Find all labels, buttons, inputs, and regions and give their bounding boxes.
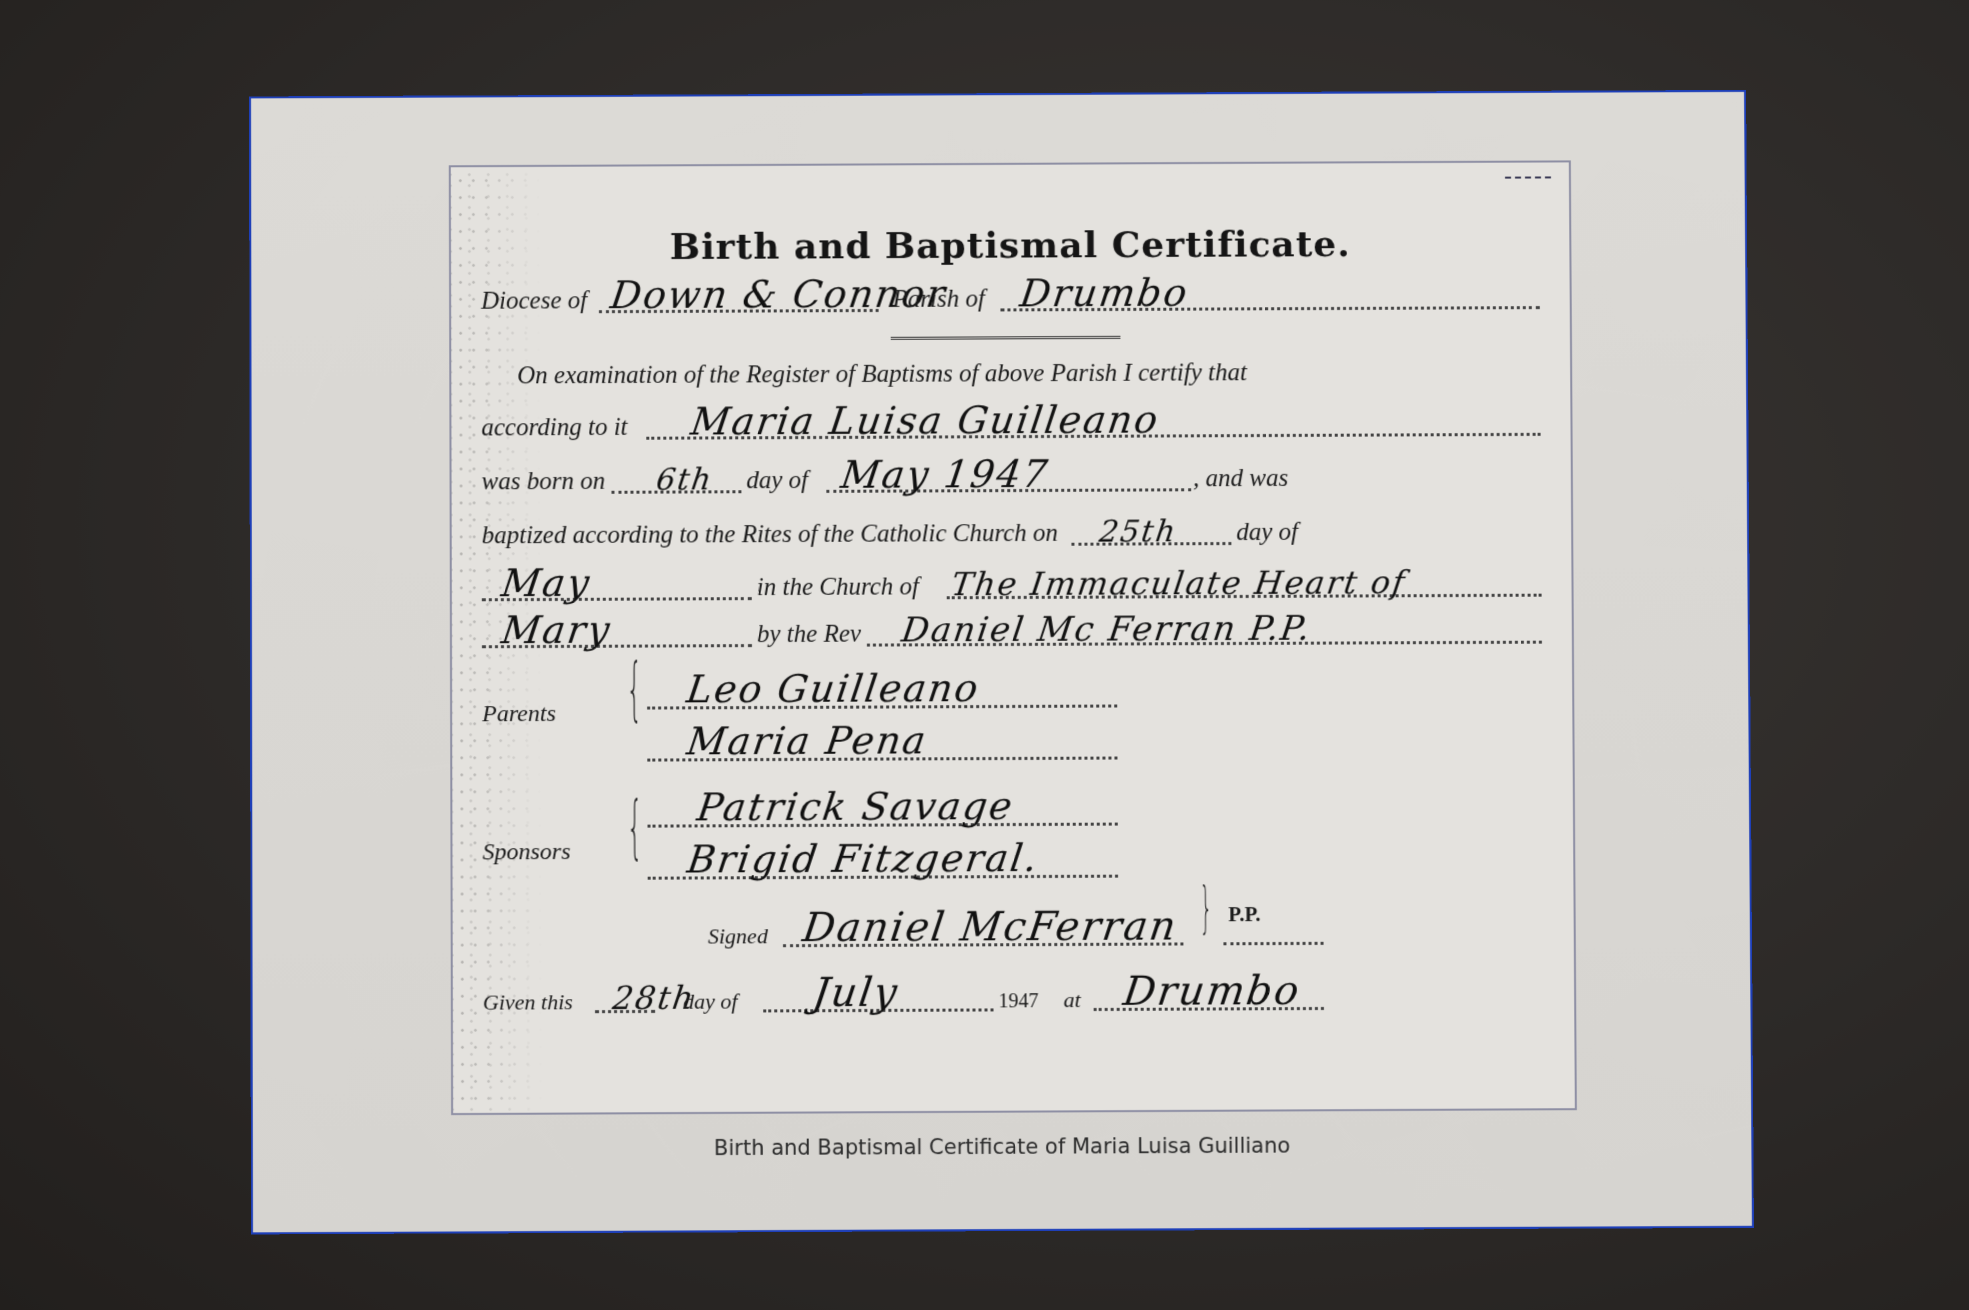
parent-2: Maria Pena: [684, 718, 930, 763]
church-row: May in the Church of The Immaculate Hear…: [482, 555, 1542, 610]
sponsors-block: Sponsors { Patrick Savage Brigid Fitzger…: [482, 772, 1543, 887]
divider-rule: [891, 336, 1121, 340]
parents-brace: {: [626, 648, 642, 730]
baptized-day: 25th: [1097, 514, 1179, 549]
corner-mark: [1505, 176, 1551, 180]
born-month-year: May 1947: [838, 452, 1052, 497]
sponsors-label: Sponsors: [482, 839, 570, 866]
born-day-of-label: day of: [746, 467, 808, 495]
certificate-title: Birth and Baptismal Certificate.: [451, 222, 1570, 269]
according-label: according to it: [481, 414, 627, 443]
church-name-1: The Immaculate Heart of: [949, 563, 1409, 603]
certificate: Birth and Baptismal Certificate. Diocese…: [449, 160, 1577, 1115]
parish-value: Drumbo: [1017, 271, 1191, 316]
given-year: 1947: [998, 990, 1038, 1013]
and-was-label: , and was: [1193, 465, 1288, 493]
child-name-row: according to it Maria Luisa Guilleano: [481, 394, 1540, 449]
child-name: Maria Luisa Guilleano: [688, 398, 1162, 444]
sponsors-brace: {: [627, 786, 643, 868]
signed-brace: }: [1200, 875, 1213, 940]
pp-label: P.P.: [1228, 902, 1260, 927]
baptized-label: baptized according to the Rites of the C…: [482, 520, 1058, 550]
signed-label: Signed: [708, 923, 768, 949]
given-day-of-label: day of: [683, 989, 738, 1015]
at-label: at: [1063, 987, 1080, 1013]
parents-block: Parents { Leo Guilleano Maria Pena: [482, 654, 1543, 769]
church-label: in the Church of: [757, 573, 919, 602]
birth-date-row: was born on 6th day of May 1947 , and wa…: [481, 448, 1541, 503]
church-name-2: Mary: [499, 608, 614, 652]
intro-row: On examination of the Register of Baptis…: [481, 342, 1540, 397]
certificate-caption: Birth and Baptismal Certificate of Maria…: [253, 1131, 1752, 1162]
sponsor-1: Patrick Savage: [694, 784, 1016, 829]
given-row: Given this 28th day of July 1947 at Drum…: [483, 957, 1544, 1022]
intro-text: On examination of the Register of Baptis…: [517, 359, 1247, 390]
baptized-day-of-label: day of: [1236, 519, 1298, 547]
given-month: July: [810, 970, 902, 1017]
signed-name: Daniel McFerran: [800, 903, 1181, 951]
born-label: was born on: [482, 468, 606, 497]
diocese-parish-row: Diocese of Down & Connor Parish of Drumb…: [481, 267, 1540, 321]
parent-1: Leo Guilleano: [684, 666, 983, 711]
rev-name: Daniel Mc Ferran P.P.: [899, 609, 1314, 651]
rev-label: by the Rev: [757, 621, 861, 649]
display-panel: Birth and Baptismal Certificate. Diocese…: [249, 90, 1754, 1234]
baptized-month: May: [499, 561, 594, 605]
sponsor-2: Brigid Fitzgeral.: [685, 836, 1042, 882]
pp-line: [1223, 942, 1323, 945]
baptism-date-row: baptized according to the Rites of the C…: [482, 502, 1542, 557]
given-label: Given this: [483, 989, 573, 1015]
parish-label: Parish of: [893, 286, 985, 314]
signed-row: Signed Daniel McFerran } P.P.: [483, 892, 1544, 957]
given-place: Drumbo: [1120, 968, 1303, 1015]
parents-label: Parents: [482, 701, 556, 728]
diocese-label: Diocese of: [481, 287, 587, 315]
born-day: 6th: [654, 462, 715, 497]
